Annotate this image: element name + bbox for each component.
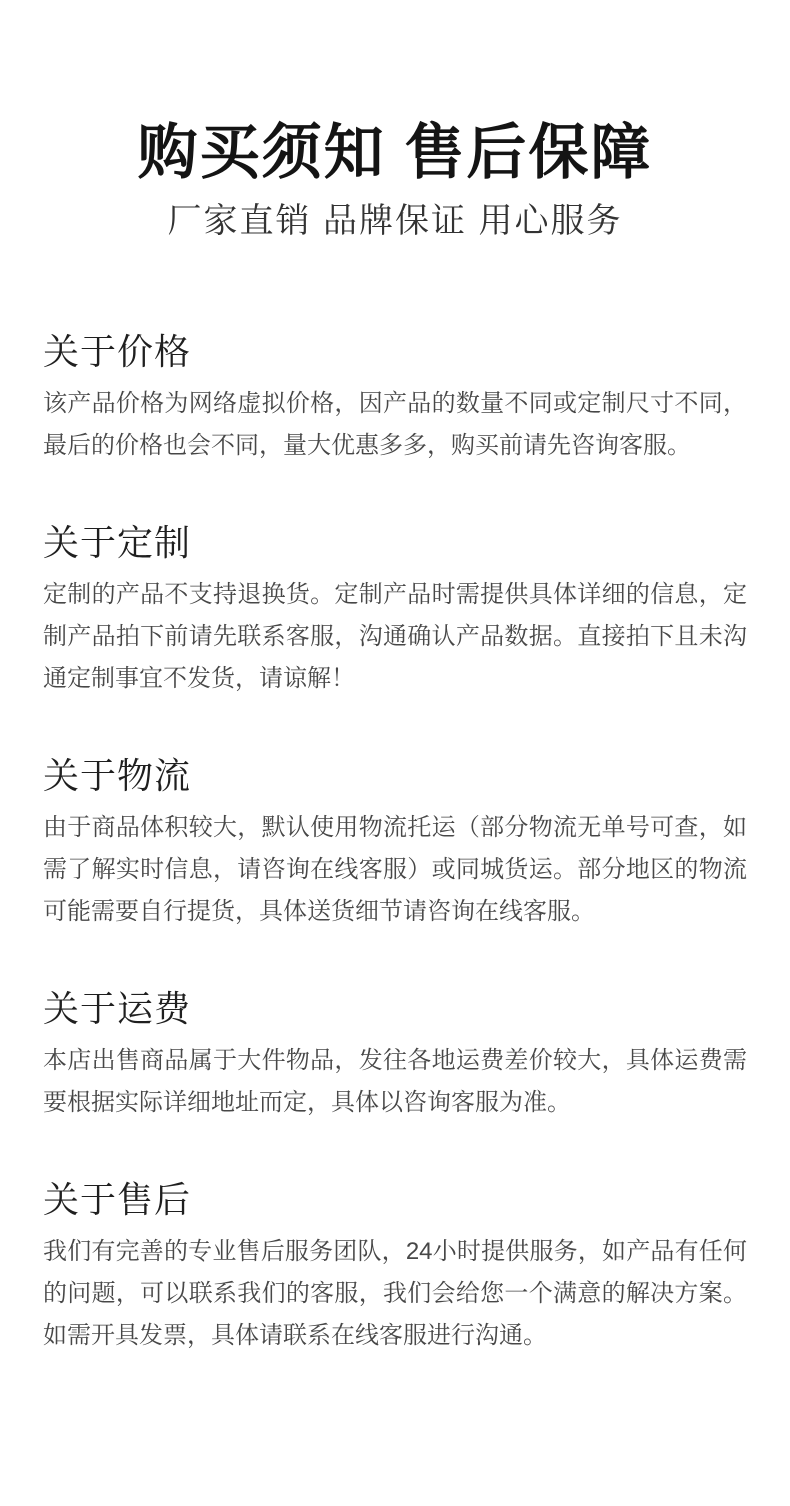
notice-sections: 关于价格 该产品价格为网络虚拟价格，因产品的数量不同或定制尺寸不同，最后的价格也… [43, 330, 747, 1357]
section-price: 关于价格 该产品价格为网络虚拟价格，因产品的数量不同或定制尺寸不同，最后的价格也… [43, 330, 747, 467]
purchase-notice-page: 购买须知 售后保障 厂家直销 品牌保证 用心服务 关于价格 该产品价格为网络虚拟… [0, 0, 790, 1506]
section-logistics: 关于物流 由于商品体积较大，默认使用物流托运（部分物流无单号可查，如需了解实时信… [43, 754, 747, 933]
section-shipping-fee-body: 本店出售商品属于大件物品，发往各地运费差价较大，具体运费需要根据实际详细地址而定… [43, 1040, 747, 1124]
section-shipping-fee-heading: 关于运费 [43, 987, 747, 1030]
section-logistics-body: 由于商品体积较大，默认使用物流托运（部分物流无单号可查，如需了解实时信息，请咨询… [43, 807, 747, 933]
section-customization: 关于定制 定制的产品不支持退换货。定制产品时需提供具体详细的信息，定制产品拍下前… [43, 521, 747, 700]
section-shipping-fee: 关于运费 本店出售商品属于大件物品，发往各地运费差价较大，具体运费需要根据实际详… [43, 987, 747, 1124]
section-price-body: 该产品价格为网络虚拟价格，因产品的数量不同或定制尺寸不同，最后的价格也会不同，量… [43, 383, 747, 467]
section-after-sales-heading: 关于售后 [43, 1178, 747, 1221]
section-logistics-heading: 关于物流 [43, 754, 747, 797]
section-after-sales-body: 我们有完善的专业售后服务团队，24小时提供服务，如产品有任何的问题，可以联系我们… [43, 1231, 747, 1357]
page-title: 购买须知 售后保障 [43, 117, 747, 189]
section-price-heading: 关于价格 [43, 330, 747, 373]
page-subtitle: 厂家直销 品牌保证 用心服务 [43, 199, 747, 243]
section-after-sales: 关于售后 我们有完善的专业售后服务团队，24小时提供服务，如产品有任何的问题，可… [43, 1178, 747, 1357]
section-customization-body: 定制的产品不支持退换货。定制产品时需提供具体详细的信息，定制产品拍下前请先联系客… [43, 574, 747, 700]
page-header: 购买须知 售后保障 厂家直销 品牌保证 用心服务 [43, 117, 747, 243]
section-customization-heading: 关于定制 [43, 521, 747, 564]
